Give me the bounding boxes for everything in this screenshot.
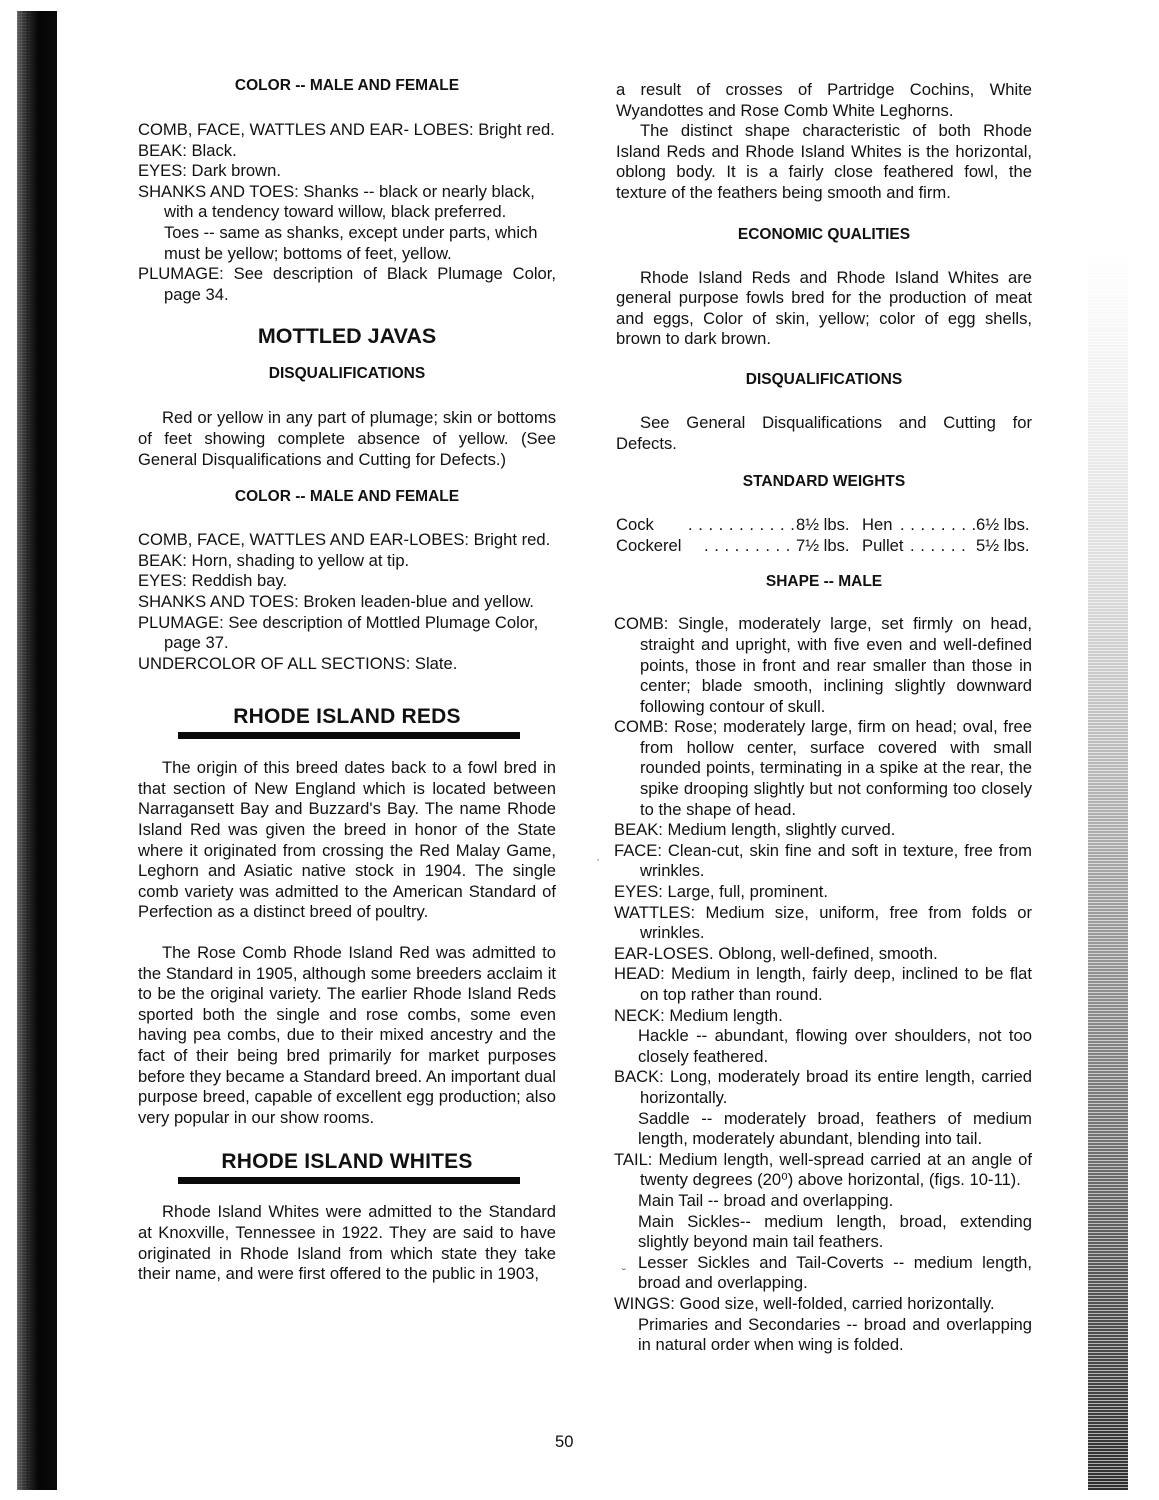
weights-row: Cockerel . . . . . . . . . 7½ lbs. Pulle… — [616, 536, 1032, 557]
shape-item: EYES: Large, full, prominent. — [614, 882, 1032, 903]
disqualifications-heading: DISQUALIFICATIONS — [138, 364, 556, 384]
shape-item: EAR-LOSES. Oblong, well-defined, smooth. — [614, 944, 1032, 965]
shape-subitem: Main Tail -- broad and overlapping. — [614, 1191, 1032, 1212]
shape-male-heading: SHAPE -- MALE — [616, 572, 1032, 592]
disqualifications-heading: DISQUALIFICATIONS — [616, 370, 1032, 390]
standard-weights-heading: STANDARD WEIGHTS — [616, 472, 1032, 492]
reds-paragraph-1: The origin of this breed dates back to a… — [138, 758, 556, 923]
economic-qualities-text: Rhode Island Reds and Rhode Island White… — [616, 268, 1032, 350]
color-heading-1: COLOR -- MALE AND FEMALE — [138, 76, 556, 96]
left-column: COLOR -- MALE AND FEMALE COMB, FACE, WAT… — [138, 76, 556, 1285]
color-item: SHANKS AND TOES: Shanks -- black or near… — [138, 182, 556, 223]
economic-qualities-heading: ECONOMIC QUALITIES — [616, 225, 1032, 245]
color-heading-2: COLOR -- MALE AND FEMALE — [138, 487, 556, 507]
shape-item: COMB: Single, moderately large, set firm… — [614, 614, 1032, 717]
color-item: EYES: Dark brown. — [138, 161, 556, 182]
shape-paragraph: The distinct shape characteristic of bot… — [616, 121, 1032, 203]
disqualifications-text: Red or yellow in any part of plumage; sk… — [138, 408, 556, 470]
weight-label: Cock — [616, 515, 688, 536]
shape-subitem: Lesser Sickles and Tail-Coverts -- mediu… — [614, 1253, 1032, 1294]
shape-item: COMB: Rose; moderately large, firm on he… — [614, 717, 1032, 820]
weight-label: Pullet — [862, 536, 910, 557]
weight-leader-dots: . . . . . . — [910, 536, 976, 557]
shape-subitem: Hackle -- abundant, flowing over shoulde… — [614, 1026, 1032, 1067]
color-item: UNDERCOLOR OF ALL SECTIONS: Slate. — [138, 654, 556, 675]
weight-label: Hen — [862, 515, 900, 536]
weights-row: Cock . . . . . . . . . . . . 8½ lbs. Hen… — [616, 515, 1032, 536]
weight-value: 7½ lbs. — [796, 536, 862, 557]
color-item: COMB, FACE, WATTLES AND EAR-LOBES: Brigh… — [138, 530, 556, 551]
breed-title-rhode-island-reds: RHODE ISLAND REDS — [138, 704, 556, 730]
color-item: EYES: Reddish bay. — [138, 571, 556, 592]
scan-speck: · — [596, 852, 600, 866]
weight-value: 6½ lbs. — [976, 515, 1030, 536]
color-item: BEAK: Black. — [138, 141, 556, 162]
weight-value: 5½ lbs. — [976, 536, 1030, 557]
scan-edge-left — [17, 11, 57, 1490]
shape-subitem: Primaries and Secondaries -- broad and o… — [614, 1315, 1032, 1356]
shape-subitem: Main Sickles-- medium length, broad, ext… — [614, 1212, 1032, 1253]
weight-label: Cockerel — [616, 536, 704, 557]
shape-item: NECK: Medium length. — [614, 1006, 1032, 1027]
right-column: a result of crosses of Partridge Cochins… — [616, 80, 1032, 1356]
weight-leader-dots: . . . . . . . . . . . . — [688, 515, 796, 536]
breed-title-rhode-island-whites: RHODE ISLAND WHITES — [138, 1149, 556, 1175]
reds-paragraph-2-cont: purpose breed, capable of excellent egg … — [138, 1087, 556, 1128]
weight-leader-dots: . . . . . . . . — [900, 515, 976, 536]
breed-title-mottled-javas: MOTTLED JAVAS — [138, 323, 556, 349]
whites-paragraph-cont: a result of crosses of Partridge Cochins… — [616, 80, 1032, 121]
shape-item: HEAD: Medium in length, fairly deep, inc… — [614, 964, 1032, 1005]
plumage-item: PLUMAGE: See description of Black Plumag… — [138, 264, 556, 305]
weight-value: 8½ lbs. — [796, 515, 862, 536]
page-number: 50 — [555, 1432, 595, 1452]
color-item: BEAK: Horn, shading to yellow at tip. — [138, 551, 556, 572]
color-item: PLUMAGE: See description of Mottled Plum… — [138, 613, 556, 654]
toes-note: Toes -- same as shanks, except under par… — [138, 223, 556, 264]
shape-item: WATTLES: Medium size, uniform, free from… — [614, 903, 1032, 944]
shape-subitem: Saddle -- moderately broad, feathers of … — [614, 1109, 1032, 1150]
scan-edge-right — [1088, 250, 1128, 1490]
color-item: SHANKS AND TOES: Broken leaden-blue and … — [138, 592, 556, 613]
shape-item: WINGS: Good size, well-folded, carried h… — [614, 1294, 1032, 1315]
shape-item: BEAK: Medium length, slightly curved. — [614, 820, 1032, 841]
whites-paragraph: Rhode Island Whites were admitted to the… — [138, 1202, 556, 1284]
standard-weights-table: Cock . . . . . . . . . . . . 8½ lbs. Hen… — [616, 515, 1032, 556]
shape-item: BACK: Long, moderately broad its entire … — [614, 1067, 1032, 1108]
shape-item: FACE: Clean-cut, skin fine and soft in t… — [614, 841, 1032, 882]
weight-leader-dots: . . . . . . . . . — [704, 536, 796, 557]
scan-speck: ˘ — [622, 1266, 626, 1280]
disqualifications-text: See General Disqualifications and Cuttin… — [616, 413, 1032, 454]
shape-item: TAIL: Medium length, well-spread carried… — [614, 1150, 1032, 1191]
reds-paragraph-2: The Rose Comb Rhode Island Red was admit… — [138, 943, 556, 1087]
title-underline — [178, 1177, 520, 1184]
color-item: COMB, FACE, WATTLES AND EAR- LOBES: Brig… — [138, 120, 556, 141]
shape-male-list: COMB: Single, moderately large, set firm… — [614, 614, 1032, 1355]
title-underline — [178, 732, 520, 739]
